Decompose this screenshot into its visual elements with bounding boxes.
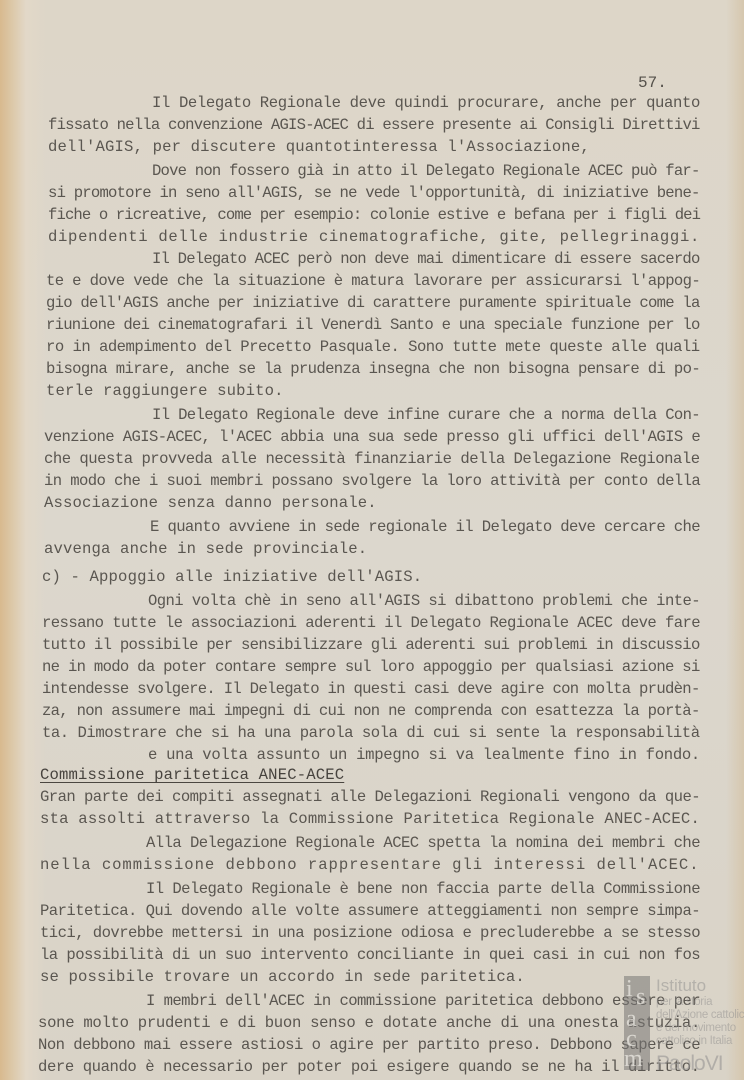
- watermark-line: e del movimento: [656, 1022, 736, 1035]
- text-line: avvenga anche in sede provinciale.: [44, 540, 367, 558]
- text-line: Ogni volta chè in seno all'AGIS si dibat…: [148, 592, 700, 610]
- text-line: sta assolti attraverso la Commissione Pa…: [40, 810, 700, 828]
- text-line: ressano tutte le associazioni aderenti i…: [42, 614, 700, 632]
- text-line: c) - Appoggio alle iniziative dell'AGIS.: [42, 568, 422, 586]
- text-line: Alla Delegazione Regionale ACEC spetta l…: [146, 834, 700, 852]
- watermark-title: Istituto: [656, 976, 706, 996]
- text-line: dell'AGIS, per discutere quantotinteress…: [48, 138, 590, 156]
- text-line: se possibile trovare un accordo in sede …: [40, 968, 525, 986]
- text-line: ro in adempimento del Precetto Pasquale.…: [46, 338, 700, 356]
- text-line: bisogna mirare, anche se la prudenza ins…: [46, 360, 700, 378]
- text-line: ne in modo da poter contare sempre sul l…: [42, 658, 700, 676]
- watermark-line: dell'Azione cattolica: [656, 1009, 744, 1022]
- text-line: Associazione senza danno personale.: [44, 494, 377, 512]
- text-line: Il Delegato Regionale deve infine curare…: [152, 406, 700, 424]
- watermark-line: cattolico in Italia: [656, 1035, 732, 1048]
- watermark-name: PaoloVI: [656, 1052, 723, 1076]
- text-line: e una volta assunto un impegno si va lea…: [148, 746, 700, 764]
- text-line: nella commissione debbono rappresentare …: [40, 856, 700, 874]
- text-line: fiche o ricreative, come per esempio: co…: [48, 206, 700, 224]
- text-line: la possibilità di un suo intervento conc…: [40, 946, 700, 964]
- section-heading: Commissione paritetica ANEC-ACEC: [40, 766, 344, 784]
- watermark-logo-block: i s a c m: [624, 976, 650, 1070]
- archive-watermark: i s a c m Istituto per la storia dell'Az…: [624, 976, 744, 1080]
- text-line: fissato nella convenzione AGIS-ACEC di e…: [48, 116, 700, 134]
- text-line: in modo che i suoi membri possano svolge…: [44, 472, 700, 490]
- text-line: intendesse svolgere. Il Delegato in ques…: [42, 680, 700, 698]
- watermark-letter: i: [626, 978, 633, 1000]
- watermark-letter: s: [636, 986, 645, 1008]
- text-line: dere quando è necessario per poter poi e…: [38, 1058, 700, 1076]
- text-line: Gran parte dei compiti assegnati alle De…: [40, 788, 700, 806]
- page-number: 57.: [638, 74, 667, 92]
- watermark-line: per la storia: [656, 996, 712, 1009]
- document-page: 57. Il Delegato Regionale deve quindi pr…: [0, 0, 744, 1080]
- text-line: gio dell'AGIS anche per iniziative di ca…: [46, 294, 700, 312]
- text-line: sone molto prudenti e di buon senso e do…: [38, 1014, 700, 1032]
- text-line: za, non assumere mai impegni di cui non …: [42, 702, 700, 720]
- text-line: terle raggiungere subito.: [46, 382, 284, 400]
- text-line: Non debbono mai essere astiosi o agire p…: [38, 1036, 700, 1054]
- text-line: Il Delegato Regionale deve quindi procur…: [152, 94, 700, 112]
- text-line: E quanto avviene in sede regionale il De…: [150, 518, 700, 536]
- text-line: tutto il possibile per sensibilizzare gl…: [42, 636, 700, 654]
- text-line: si promotore in seno all'AGIS, se ne ved…: [48, 184, 700, 202]
- text-line: venzione AGIS-ACEC, l'ACEC abbia una sua…: [44, 428, 700, 446]
- text-line: che questa provveda alle necessità finan…: [44, 450, 700, 468]
- text-line: te e dove vede che la situazione è matur…: [46, 272, 700, 290]
- text-line: Il Delegato Regionale è bene non faccia …: [146, 880, 700, 898]
- text-line: Il Delegato ACEC però non deve mai dimen…: [152, 250, 700, 268]
- text-line: I membri dell'ACEC in commissione parite…: [146, 992, 700, 1010]
- text-line: dipendenti delle industrie cinematografi…: [48, 228, 700, 246]
- text-line: Dove non fossero già in atto il Delegato…: [152, 162, 700, 180]
- text-line: tici, dovrebbe mettersi in una posizione…: [40, 924, 700, 942]
- text-line: riunione dei cinematografari il Venerdì …: [46, 316, 700, 334]
- text-line: Paritetica. Qui dovendo alle volte assum…: [40, 902, 700, 920]
- watermark-letter: m: [624, 1048, 643, 1070]
- text-line: ta. Dimostrare che si ha una parola sola…: [42, 724, 700, 742]
